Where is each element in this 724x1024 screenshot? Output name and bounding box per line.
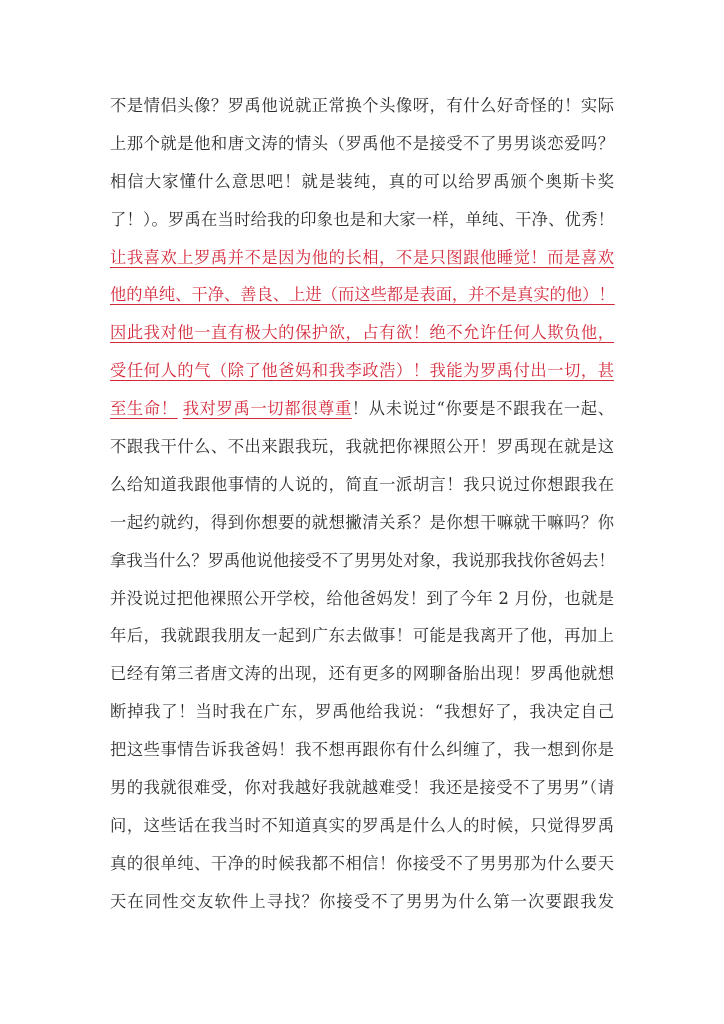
text-segment: ！从未说过“你要是不跟我在一起、 [352,399,614,418]
text-segment: 已经有第三者唐文涛的出现，还有更多的网聊备胎出现！罗禹他就想 [110,664,614,683]
highlighted-text: 他的单纯、干净、善良、上进（而这些都是表面，并不是真实的他）！ [110,285,615,304]
text-segment: 相信大家懂什么意思吧！就是装纯，真的可以给罗禹颁个奥斯卡奖 [110,172,614,191]
text-line: 一起约就约，得到你想要的就想撇清关系？是你想干嘛就干嘛吗？你 [110,504,614,542]
text-line: 天在同性交友软件上寻找？你接受不了男男为什么第一次要跟我发 [110,883,614,921]
text-line: 并没说过把他裸照公开学校，给他爸妈发！到了今年 2 月份，也就是 [110,580,614,618]
mixed-line: 至生命！我对罗禹一切都很尊重！从未说过“你要是不跟我在一起、 [110,390,614,428]
text-segment: 拿我当什么？罗禹他说他接受不了男男处对象，我说那我找你爸妈去！ [110,551,615,570]
text-line: 不是情侣头像？罗禹他说就正常换个头像呀，有什么好奇怪的！实际 [110,87,614,125]
text-line: 上那个就是他和唐文涛的情头（罗禹他不是接受不了男男谈恋爱吗？ [110,125,614,163]
text-segment: 真的很单纯、干净的时候我都不相信！你接受不了男男那为什么要天 [110,854,614,873]
text-segment: 问，这些话在我当时不知道真实的罗禹是什么人的时候，只觉得罗禹 [110,816,614,835]
highlighted-text: 我对罗禹一切都很尊重 [183,399,352,418]
text-line: 断掉我了！当时我在广东，罗禹他给我说：“我想好了，我决定自己 [110,693,614,731]
text-segment: 把这些事情告诉我爸妈！我不想再跟你有什么纠缠了，我一想到你是 [110,740,614,759]
text-segment: 天在同性交友软件上寻找？你接受不了男男为什么第一次要跟我发 [110,892,614,911]
body-text: 不是情侣头像？罗禹他说就正常换个头像呀，有什么好奇怪的！实际 上那个就是他和唐文… [110,87,614,921]
highlighted-line: 他的单纯、干净、善良、上进（而这些都是表面，并不是真实的他）！ [110,276,614,314]
text-line: 不跟我干什么、不出来跟我玩，我就把你裸照公开！罗禹现在就是这 [110,428,614,466]
highlighted-text: 让我喜欢上罗禹并不是因为他的长相，不是只图跟他睡觉！而是喜欢 [110,248,614,267]
text-line: 了！）。罗禹在当时给我的印象也是和大家一样，单纯、干净、优秀！ [110,201,614,239]
text-line: 拿我当什么？罗禹他说他接受不了男男处对象，我说那我找你爸妈去！ [110,542,614,580]
text-line: 年后，我就跟我朋友一起到广东去做事！可能是我离开了他，再加上 [110,617,614,655]
text-segment: 男的我就很难受，你对我越好我就越难受！我还是接受不了男男”（请 [110,778,614,797]
highlighted-text: 受任何人的气（除了他爸妈和我李政浩）！我能为罗禹付出一切，甚 [110,361,614,380]
text-segment: 么给知道我跟他事情的人说的，简直一派胡言！我只说过你想跟我在 [110,475,614,494]
highlighted-line: 让我喜欢上罗禹并不是因为他的长相，不是只图跟他睡觉！而是喜欢 [110,239,614,277]
document-page: 不是情侣头像？罗禹他说就正常换个头像呀，有什么好奇怪的！实际 上那个就是他和唐文… [0,0,724,1024]
text-segment: 了！）。罗禹在当时给我的印象也是和大家一样，单纯、干净、优秀！ [110,210,614,229]
text-segment: 上那个就是他和唐文涛的情头（罗禹他不是接受不了男男谈恋爱吗？ [110,134,614,153]
text-segment: 不是情侣头像？罗禹他说就正常换个头像呀，有什么好奇怪的！实际 [110,96,614,115]
text-line: 把这些事情告诉我爸妈！我不想再跟你有什么纠缠了，我一想到你是 [110,731,614,769]
text-line: 问，这些话在我当时不知道真实的罗禹是什么人的时候，只觉得罗禹 [110,807,614,845]
text-line: 男的我就很难受，你对我越好我就越难受！我还是接受不了男男”（请 [110,769,614,807]
text-segment: 不跟我干什么、不出来跟我玩，我就把你裸照公开！罗禹现在就是这 [110,437,614,456]
text-line: 相信大家懂什么意思吧！就是装纯，真的可以给罗禹颁个奥斯卡奖 [110,163,614,201]
highlighted-line: 因此我对他一直有极大的保护欲，占有欲！绝不允许任何人欺负他， [110,314,614,352]
text-line: 真的很单纯、干净的时候我都不相信！你接受不了男男那为什么要天 [110,845,614,883]
highlighted-line: 受任何人的气（除了他爸妈和我李政浩）！我能为罗禹付出一切，甚 [110,352,614,390]
text-line: 已经有第三者唐文涛的出现，还有更多的网聊备胎出现！罗禹他就想 [110,655,614,693]
highlighted-text: 至生命！ [110,399,178,418]
text-segment: 年后，我就跟我朋友一起到广东去做事！可能是我离开了他，再加上 [110,626,614,645]
text-segment: 断掉我了！当时我在广东，罗禹他给我说：“我想好了，我决定自己 [110,702,614,721]
text-line: 么给知道我跟他事情的人说的，简直一派胡言！我只说过你想跟我在 [110,466,614,504]
text-segment: 并没说过把他裸照公开学校，给他爸妈发！到了今年 2 月份，也就是 [110,589,614,608]
text-segment: 一起约就约，得到你想要的就想撇清关系？是你想干嘛就干嘛吗？你 [110,513,614,532]
highlighted-text: 因此我对他一直有极大的保护欲，占有欲！绝不允许任何人欺负他， [110,323,614,342]
